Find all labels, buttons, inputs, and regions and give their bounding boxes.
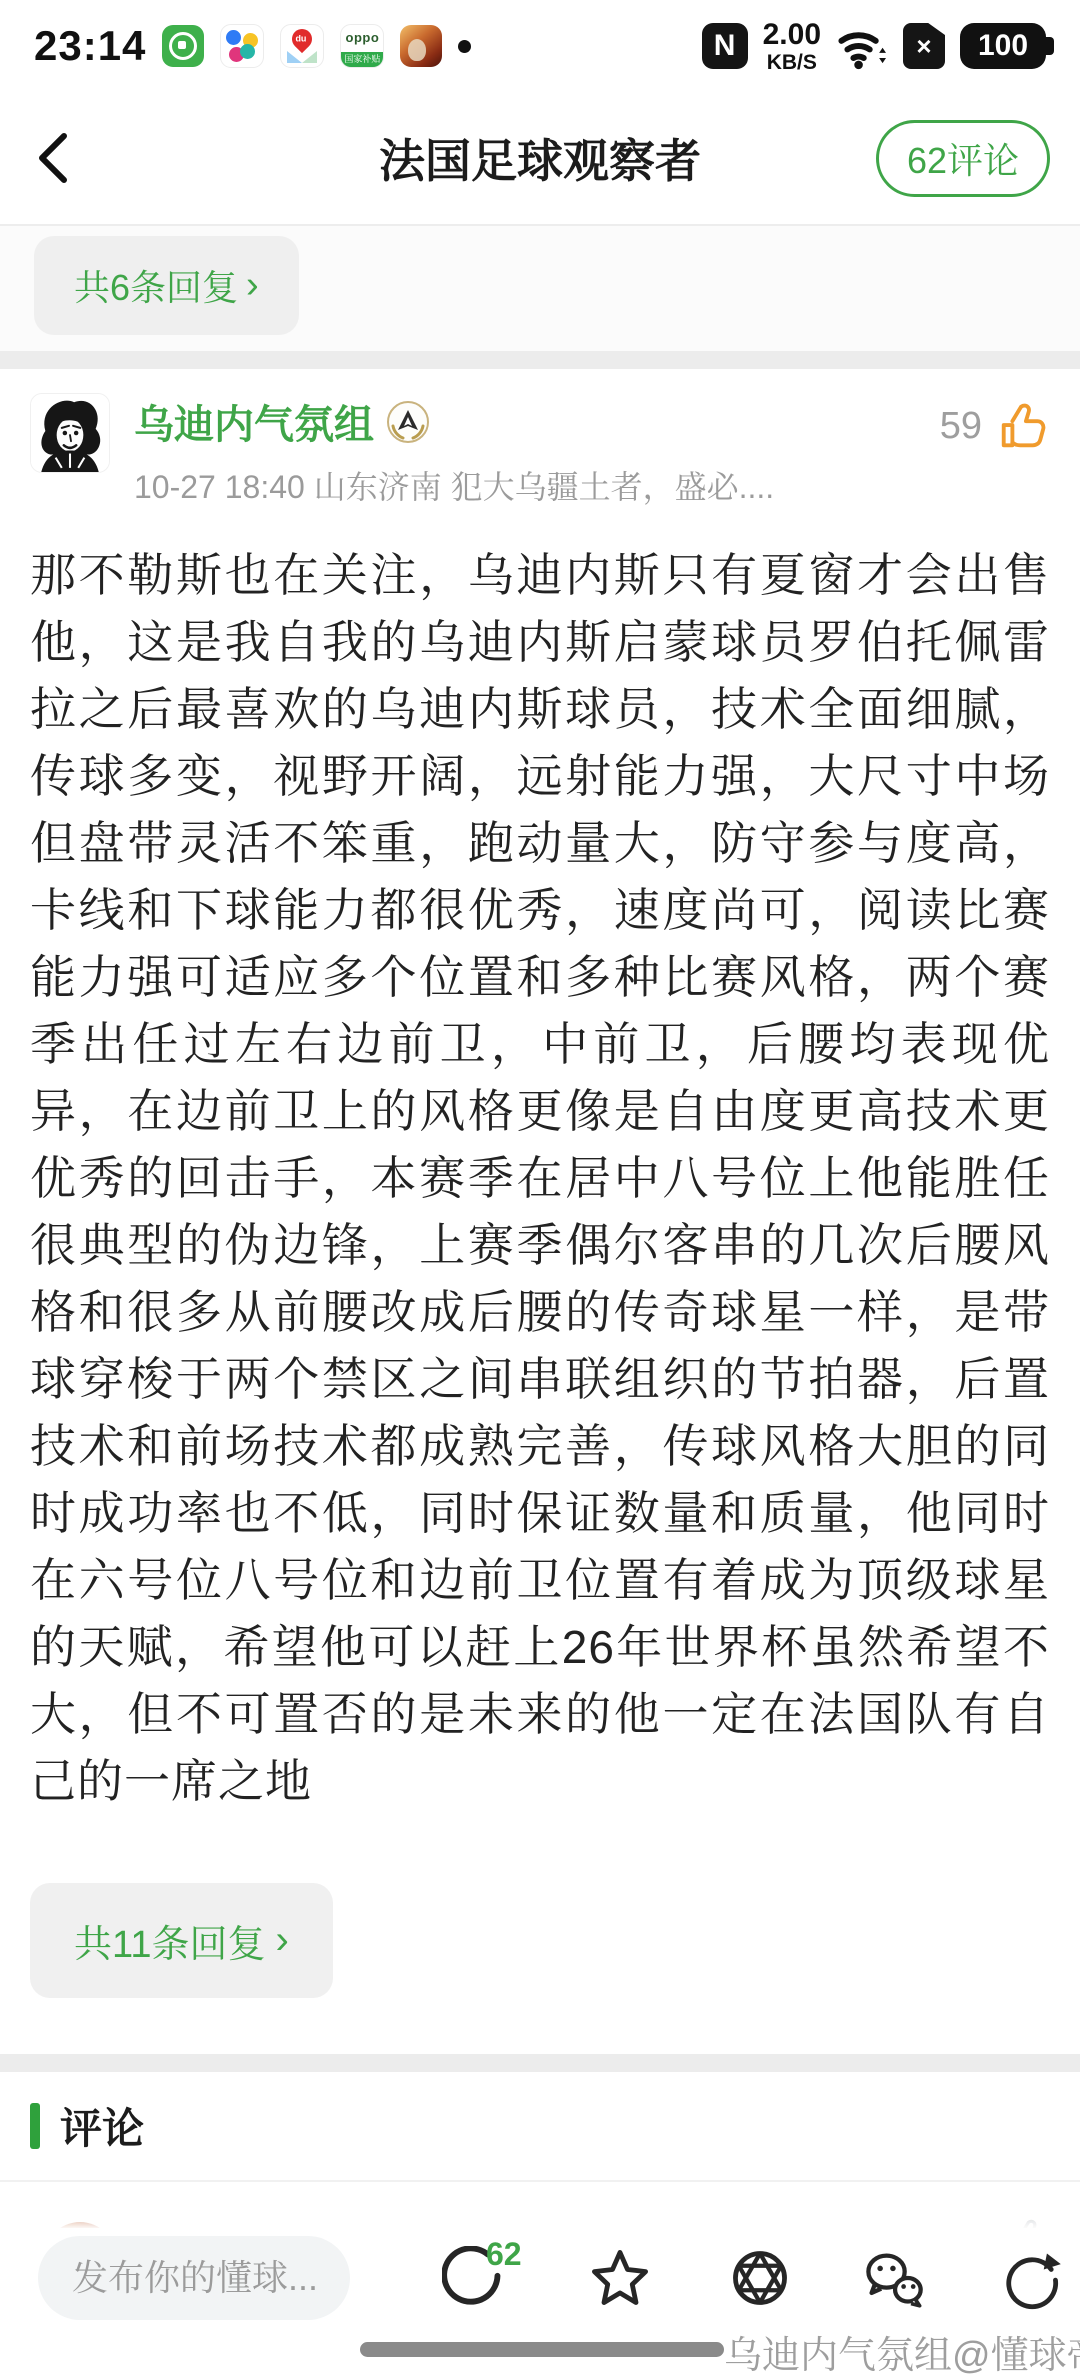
home-indicator[interactable] bbox=[360, 2342, 724, 2357]
watermark-text: 乌迪内气氛组@懂球帝 bbox=[724, 2324, 1080, 2376]
comment-meta: 10-27 18:40 山东济南 犯大乌疆土者，盛必.... bbox=[134, 462, 940, 508]
wifi-icon bbox=[836, 22, 888, 70]
section-accent-bar bbox=[30, 2103, 40, 2149]
network-speed: 2.00 KB/S bbox=[763, 20, 821, 73]
comments-count-button[interactable]: 62评论 bbox=[876, 120, 1050, 197]
more-notifications-dot bbox=[458, 40, 471, 53]
sim-card-off-icon: × bbox=[903, 23, 945, 69]
bottom-action-bar: 62 bbox=[0, 2228, 1080, 2376]
star-icon bbox=[588, 2246, 652, 2310]
share-circular-arrow-icon bbox=[1000, 2246, 1064, 2310]
view-replies-button-main[interactable]: 共11条回复 › bbox=[30, 1883, 333, 1998]
wechat-share-button[interactable] bbox=[862, 2246, 926, 2310]
app-header: 法国足球观察者 62评论 bbox=[0, 92, 1080, 226]
football-icon bbox=[169, 32, 197, 60]
notification-app-icon-pinwheel bbox=[220, 24, 264, 68]
comments-section-header: 评论 bbox=[0, 2072, 1080, 2180]
back-chevron-icon bbox=[30, 128, 74, 188]
notification-app-icon-game bbox=[400, 25, 442, 67]
chevron-right-icon: › bbox=[275, 1918, 288, 1963]
comment-username[interactable]: 乌迪内气氛组 bbox=[134, 393, 374, 450]
back-button[interactable] bbox=[30, 128, 90, 188]
comment-main: 乌迪内气氛组 10-27 18:40 山东济南 犯大乌疆土者，盛必.... bbox=[0, 369, 1080, 2054]
moments-share-button[interactable] bbox=[728, 2246, 792, 2310]
map-pin-icon: du bbox=[288, 25, 316, 53]
app-screen: 23:14 du oppo国家补贴 N 2.00 KB/S bbox=[0, 0, 1080, 2376]
repost-share-button[interactable] bbox=[1000, 2246, 1064, 2310]
udinese-crest-badge-icon bbox=[386, 400, 430, 444]
status-bar: 23:14 du oppo国家补贴 N 2.00 KB/S bbox=[0, 0, 1080, 92]
comment-input[interactable] bbox=[70, 2256, 340, 2300]
comment-input-pill[interactable] bbox=[38, 2236, 350, 2320]
comments-bubble-button[interactable]: 62 bbox=[442, 2246, 506, 2310]
chevron-right-icon: › bbox=[246, 264, 259, 307]
nfc-icon: N bbox=[702, 23, 748, 69]
battery-indicator: 100 bbox=[960, 23, 1046, 69]
thumbs-up-icon[interactable] bbox=[996, 399, 1050, 453]
like-count: 59 bbox=[940, 405, 982, 448]
section-divider bbox=[0, 351, 1080, 369]
view-replies-button-top[interactable]: 共6条回复 › bbox=[34, 236, 299, 335]
comment-count-badge: 62 bbox=[486, 2236, 522, 2273]
comments-section-title: 评论 bbox=[60, 2096, 144, 2156]
notification-app-icon-baidu-map: du bbox=[280, 24, 324, 68]
favorite-star-button[interactable] bbox=[588, 2246, 652, 2310]
wechat-icon bbox=[862, 2246, 926, 2310]
comment-body-text: 那不勒斯也在关注，乌迪内斯只有夏窗才会出售他，这是我自我的乌迪内斯启蒙球员罗伯托… bbox=[30, 542, 1050, 1815]
notification-app-icon-dongqiudi bbox=[162, 25, 204, 67]
clock: 23:14 bbox=[34, 22, 146, 70]
aperture-icon bbox=[728, 2246, 792, 2310]
section-divider bbox=[0, 2054, 1080, 2072]
avatar[interactable] bbox=[30, 393, 110, 473]
notification-app-icon-oppo: oppo国家补贴 bbox=[340, 24, 384, 68]
previous-comment-replies-zone: 共6条回复 › bbox=[0, 226, 1080, 351]
portrait-avatar-image bbox=[31, 394, 109, 472]
